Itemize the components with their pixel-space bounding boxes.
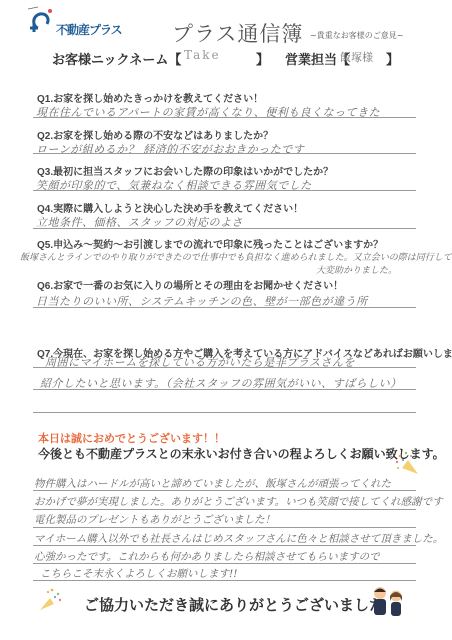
- thanks-message: ご協力いただき誠にありがとうございました: [84, 594, 384, 615]
- nickname-value: Take: [184, 48, 221, 62]
- congrats-text: 本日は誠におめでとうございます！！: [38, 430, 225, 446]
- answer-line: [33, 117, 416, 118]
- page-subtitle: ~貴重なお客様のご意見~: [310, 30, 403, 41]
- answer-line: [33, 190, 416, 191]
- party-popper-icon: [394, 450, 420, 476]
- question-6: Q6.お家で一番のお気に入りの場所とその理由をお聞かせください！: [37, 277, 343, 292]
- answer-2: ローンが組めるか？ 経済的不安がおおきかったです: [36, 141, 304, 157]
- message-line-rule: [33, 509, 416, 510]
- page-title: プラス通信簿: [172, 18, 303, 48]
- message-line-rule: [33, 490, 416, 491]
- answer-5: 飯塚さんとラインでのやり取りができたので仕事中でも負担なく進められました。又立会…: [20, 250, 452, 263]
- message-line-rule: [33, 527, 416, 528]
- regards-text: 今後とも不動産プラスとの末永いお付き合いの程よろしくお願い致します。: [38, 445, 445, 462]
- answer-5-continued: 大変助かりました。: [316, 263, 397, 276]
- question-1: Q1.お家を探し始めたきっかけを教えてください！: [37, 90, 263, 105]
- message-line-rule: [33, 563, 416, 564]
- staff-illustration-icon: [370, 585, 406, 619]
- party-popper-icon: [38, 586, 64, 612]
- answer-line: [33, 228, 416, 229]
- nickname-label: お客様ニックネーム【: [52, 49, 181, 68]
- question-4: Q4.実際に購入しようと決心した決め手を教えてください！: [37, 200, 303, 215]
- question-2: Q2.お家を探し始める際の不安などはありましたか？: [37, 127, 273, 142]
- logo-icon: [28, 6, 52, 34]
- question-5: Q5.申込み～契約～お引渡しまでの流れで印象に残ったことはございますか？: [37, 236, 383, 251]
- answer-line: [33, 389, 416, 390]
- answer-line: [33, 153, 416, 154]
- nickname-bracket: 】: [256, 49, 269, 68]
- message-line-1: 物件購入はハードルが高いと諦めていましたが、飯塚さんが頑張ってくれた: [34, 476, 391, 491]
- question-3: Q3.最初に担当スタッフにお会いした際の印象はいかがでしたか？: [37, 163, 333, 178]
- answer-line: [33, 412, 416, 413]
- message-line-rule: [33, 580, 416, 581]
- message-line-5: 心強かったです。これからも何かありましたら相談させてもらいますので: [34, 549, 380, 564]
- message-line-4: マイホーム購入以外でも社長さんはじめスタッフさんに色々と相談させて頂きました。: [34, 531, 443, 546]
- sales-rep-bracket: 】: [386, 49, 399, 68]
- message-line-2: おかげで夢が実現しました。ありがとうございます。いつも笑顔で接してくれ感謝です: [34, 494, 443, 509]
- message-line-3: 電化製品のプレゼントもありがとうございました！: [34, 512, 275, 527]
- logo-text: 不動産プラス: [56, 21, 122, 38]
- message-line-rule: [33, 545, 416, 546]
- answer-line: [33, 307, 416, 308]
- sales-rep-value: 飯塚様: [340, 49, 373, 65]
- message-line-6: こちらこそ末永くよろしくお願いします!!: [40, 566, 237, 581]
- answer-line: [33, 367, 416, 368]
